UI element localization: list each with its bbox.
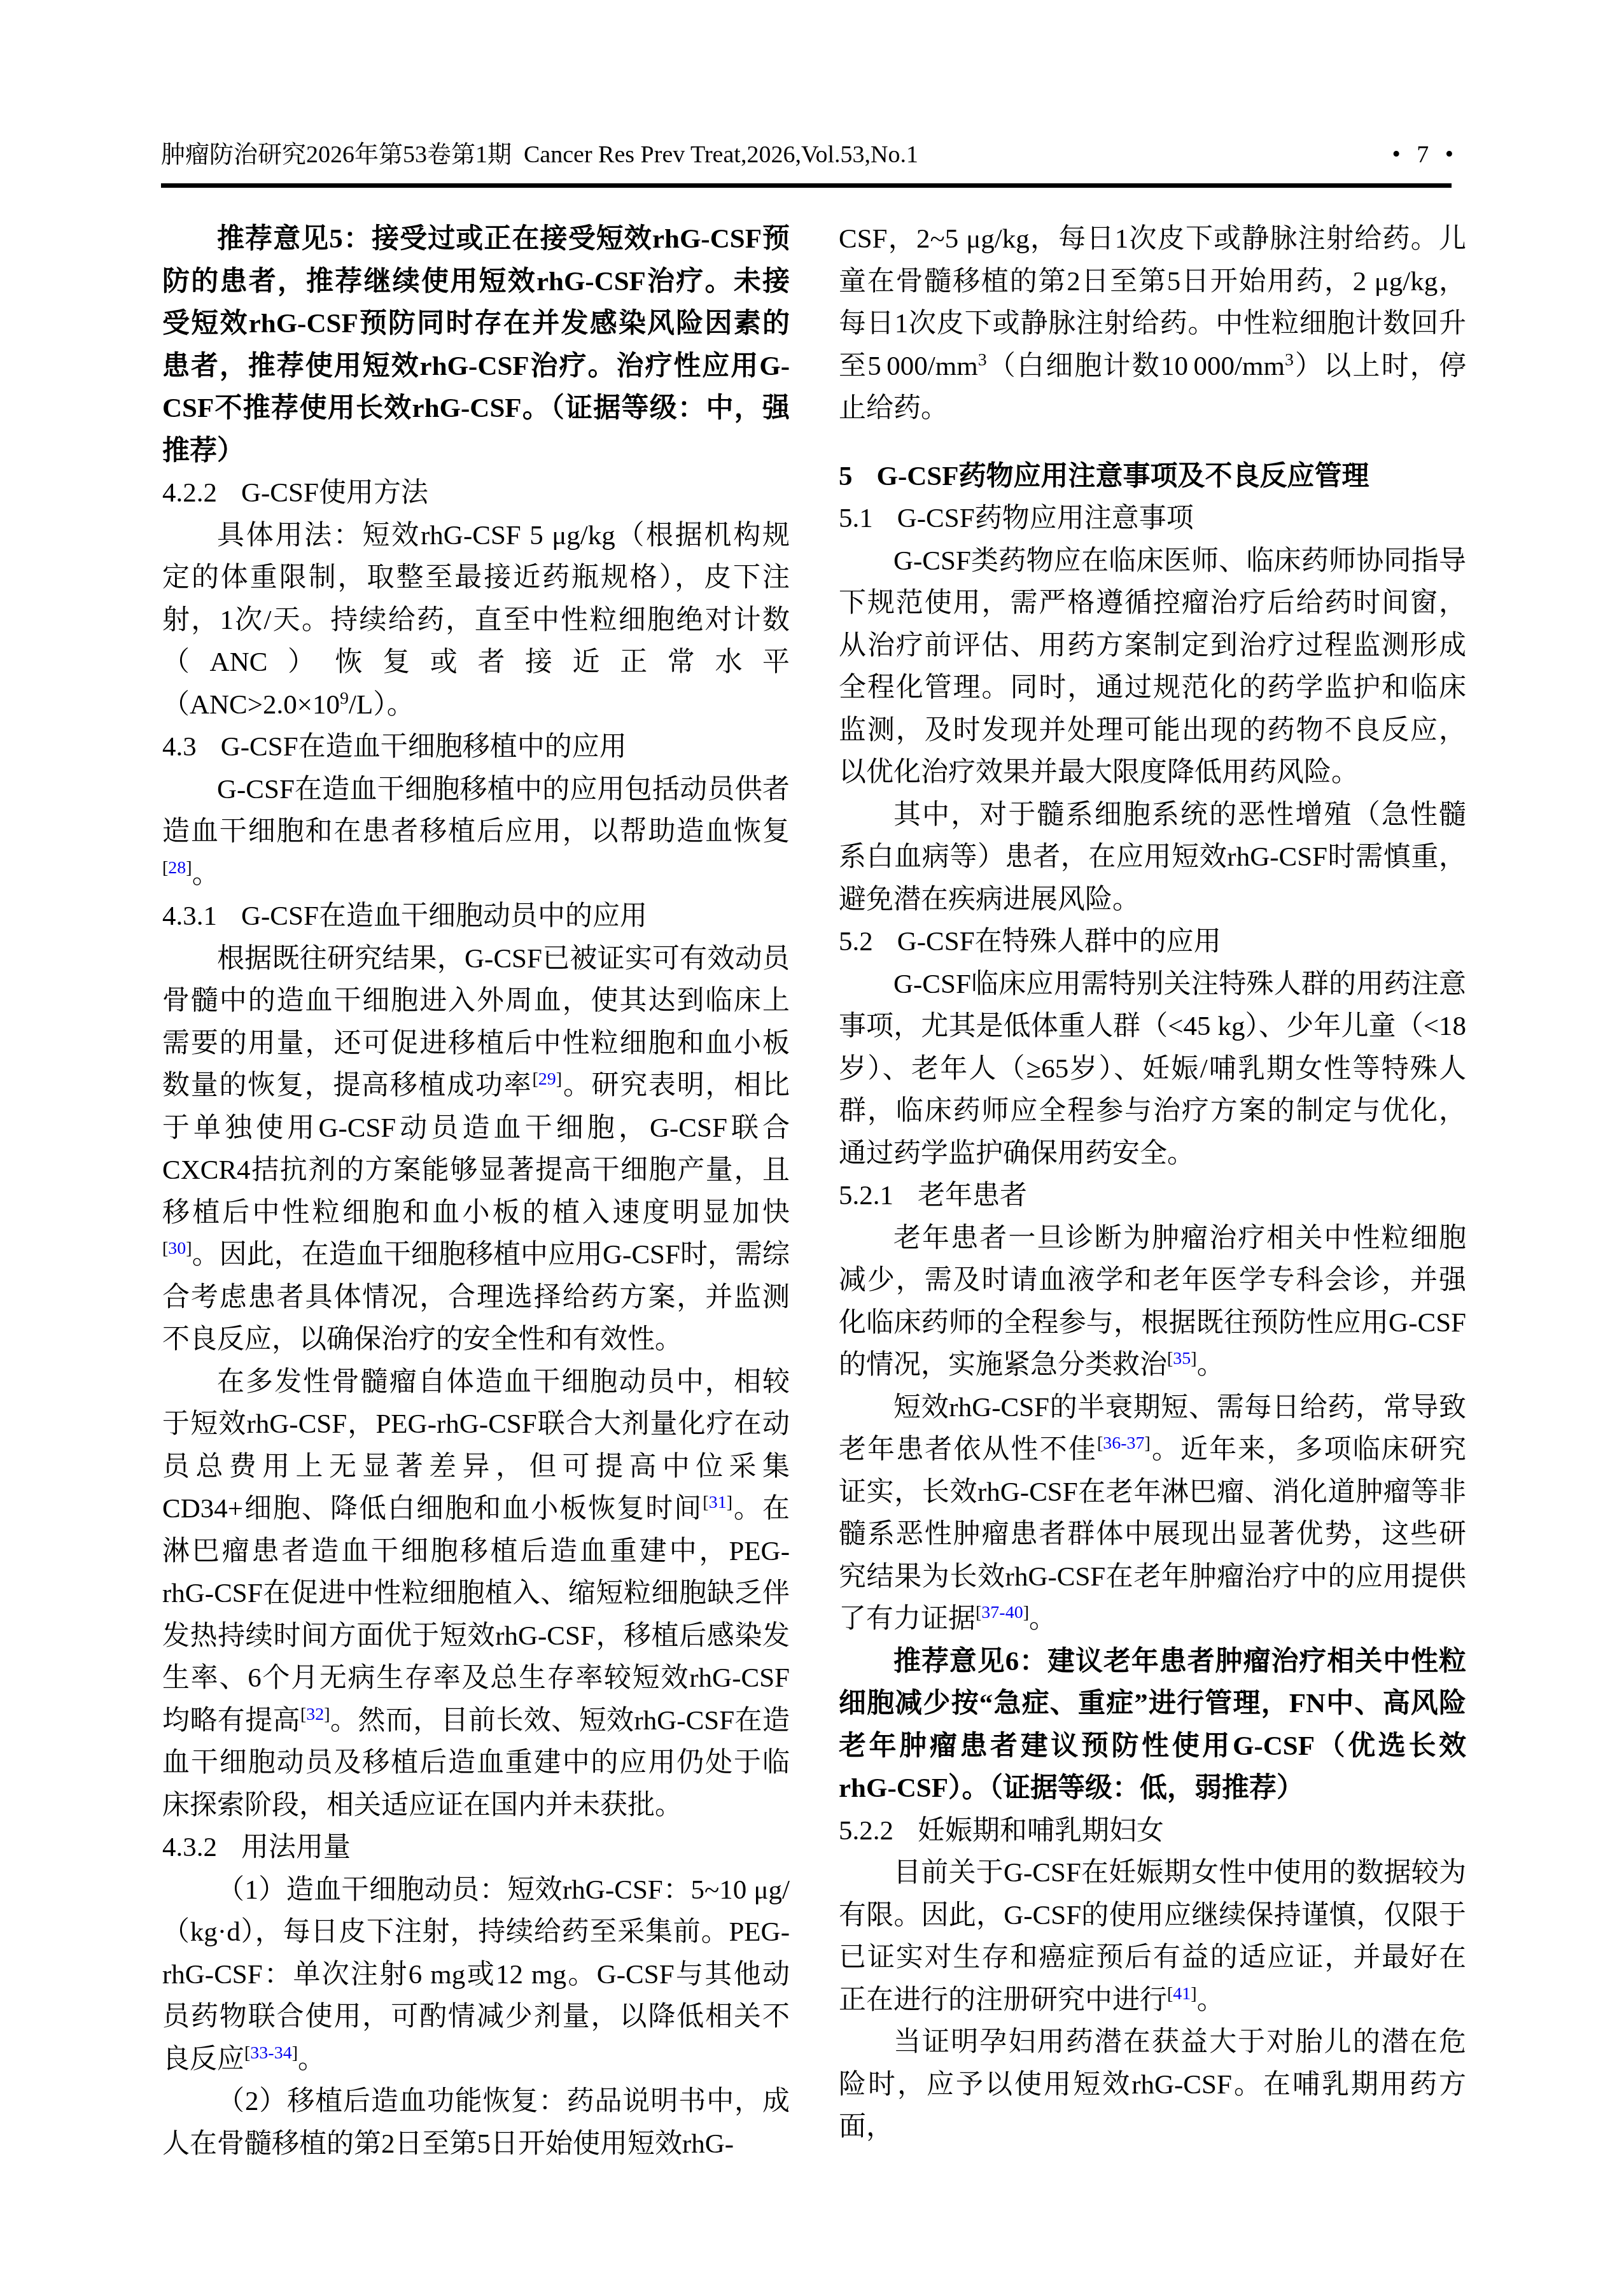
citation-ref[interactable]: [33-34] xyxy=(244,2042,298,2062)
body-paragraph: 其中，对于髓系细胞系统的恶性增殖（急性髓系白血病等）患者，在应用短效rhG-CS… xyxy=(839,794,1466,922)
section-title: G-CSF药物应用注意事项及不良反应管理 xyxy=(877,461,1369,491)
section-title: G-CSF药物应用注意事项 xyxy=(897,503,1194,533)
body-paragraph: G-CSF临床应用需特别关注特殊人群的用药注意事项，尤其是低体重人群（<45 k… xyxy=(839,964,1466,1176)
citation-ref-number[interactable]: 35 xyxy=(1173,1349,1191,1368)
section-number: 5.2 xyxy=(839,927,873,957)
section-heading-5: 5G-CSF药物应用注意事项及不良反应管理 xyxy=(839,456,1466,498)
section-heading-4.3.2: 4.3.2用法用量 xyxy=(162,1827,790,1869)
section-heading-5.2.1: 5.2.1老年患者 xyxy=(839,1175,1466,1218)
superscript-number: 9 xyxy=(340,688,349,708)
citation-ref[interactable]: [28] xyxy=(162,857,192,877)
section-number: 5.2.2 xyxy=(839,1816,893,1846)
superscript-number: 3 xyxy=(1285,349,1294,369)
right-column: CSF，2~5 μg/kg，每日1次皮下或静脉注射给药。儿童在骨髓移植的第2日至… xyxy=(839,218,1466,2149)
citation-ref-number[interactable]: 30 xyxy=(168,1239,186,1258)
body-paragraph: （2）移植后造血功能恢复：药品说明书中，成人在骨髓移植的第2日至第5日开始使用短… xyxy=(162,2081,790,2165)
body-paragraph: G-CSF在造血干细胞移植中的应用包括动员供者造血干细胞和在患者移植后应用，以帮… xyxy=(162,769,790,896)
section-title: G-CSF使用方法 xyxy=(241,478,428,508)
body-paragraph: （1）造血干细胞动员：短效rhG-CSF：5~10 μg/（kg·d），每日皮下… xyxy=(162,1869,790,2081)
body-paragraph: G-CSF类药物应在临床医师、临床药师协同指导下规范使用，需严格遵循控瘤治疗后给… xyxy=(839,540,1466,794)
section-heading-5.2.2: 5.2.2妊娠期和哺乳期妇女 xyxy=(839,1810,1466,1853)
body-paragraph: 在多发性骨髓瘤自体造血干细胞动员中，相较于短效rhG-CSF，PEG-rhG-C… xyxy=(162,1361,790,1827)
section-number: 5.1 xyxy=(839,503,873,533)
recommendation-paragraph: 推荐意见6：建议老年患者肿瘤治疗相关中性粒细胞减少按“急症、重症”进行管理，FN… xyxy=(839,1641,1466,1810)
citation-ref[interactable]: [35] xyxy=(1167,1349,1197,1368)
section-heading-5.2: 5.2G-CSF在特殊人群中的应用 xyxy=(839,921,1466,964)
citation-ref[interactable]: [32] xyxy=(300,1704,330,1724)
section-title: G-CSF在造血干细胞动员中的应用 xyxy=(241,901,647,931)
citation-ref-number[interactable]: 29 xyxy=(538,1069,556,1089)
section-number: 4.2.2 xyxy=(162,478,217,508)
section-title: 老年患者 xyxy=(918,1181,1027,1211)
citation-ref-number[interactable]: 31 xyxy=(709,1493,727,1512)
section-title: 妊娠期和哺乳期妇女 xyxy=(918,1816,1164,1846)
citation-ref-number[interactable]: 28 xyxy=(168,857,186,877)
section-title: 用法用量 xyxy=(241,1832,351,1862)
body-paragraph: 短效rhG-CSF的半衰期短、需每日给药，常导致老年患者依从性不佳[36-37]… xyxy=(839,1387,1466,1641)
journal-page: 肿瘤防治研究2026年第53卷第1期 Cancer Res Prev Treat… xyxy=(0,0,1624,2278)
citation-ref[interactable]: [41] xyxy=(1167,1983,1197,2003)
citation-ref[interactable]: [29] xyxy=(533,1069,563,1089)
header-rule xyxy=(161,183,1452,188)
section-number: 4.3 xyxy=(162,732,197,762)
citation-ref-number[interactable]: 32 xyxy=(306,1704,324,1724)
section-title: G-CSF在特殊人群中的应用 xyxy=(897,927,1221,957)
citation-ref[interactable]: [36-37] xyxy=(1097,1433,1151,1453)
body-paragraph: 目前关于G-CSF在妊娠期女性中使用的数据较为有限。因此，G-CSF的使用应继续… xyxy=(839,1852,1466,2021)
page-number: • 7 • xyxy=(1392,140,1453,169)
left-column: 推荐意见5：接受过或正在接受短效rhG-CSF预防的患者，推荐继续使用短效rhG… xyxy=(162,218,790,2165)
citation-ref-number[interactable]: 37-40 xyxy=(981,1603,1023,1622)
section-number: 5.2.1 xyxy=(839,1181,893,1211)
body-paragraph: 具体用法：短效rhG-CSF 5 μg/kg（根据机构规定的体重限制，取整至最接… xyxy=(162,515,790,727)
section-title: G-CSF在造血干细胞移植中的应用 xyxy=(221,732,627,762)
section-heading-4.3: 4.3G-CSF在造血干细胞移植中的应用 xyxy=(162,726,790,769)
citation-ref-number[interactable]: 33-34 xyxy=(250,2042,291,2062)
citation-ref[interactable]: [31] xyxy=(703,1493,732,1512)
citation-ref[interactable]: [37-40] xyxy=(976,1603,1029,1622)
section-number: 5 xyxy=(839,461,853,491)
body-paragraph: 老年患者一旦诊断为肿瘤治疗相关中性粒细胞减少，需及时请血液学和老年医学专科会诊，… xyxy=(839,1218,1466,1387)
recommendation-paragraph: 推荐意见5：接受过或正在接受短效rhG-CSF预防的患者，推荐继续使用短效rhG… xyxy=(162,218,790,472)
section-number: 4.3.2 xyxy=(162,1832,217,1862)
body-paragraph: CSF，2~5 μg/kg，每日1次皮下或静脉注射给药。儿童在骨髓移植的第2日至… xyxy=(839,218,1466,430)
citation-ref-number[interactable]: 41 xyxy=(1173,1983,1191,2003)
citation-ref[interactable]: [30] xyxy=(162,1239,192,1258)
citation-ref-number[interactable]: 36-37 xyxy=(1103,1433,1144,1453)
section-number: 4.3.1 xyxy=(162,901,217,931)
body-paragraph: 根据既往研究结果，G-CSF已被证实可有效动员骨髓中的造血干细胞进入外周血，使其… xyxy=(162,938,790,1361)
section-heading-4.3.1: 4.3.1G-CSF在造血干细胞动员中的应用 xyxy=(162,896,790,938)
superscript-number: 3 xyxy=(978,349,987,369)
section-heading-4.2.2: 4.2.2G-CSF使用方法 xyxy=(162,472,790,515)
body-paragraph: 当证明孕妇用药潜在获益大于对胎儿的潜在危险时，应予以使用短效rhG-CSF。在哺… xyxy=(839,2021,1466,2149)
section-heading-5.1: 5.1G-CSF药物应用注意事项 xyxy=(839,498,1466,540)
journal-header: 肿瘤防治研究2026年第53卷第1期 Cancer Res Prev Treat… xyxy=(161,140,918,169)
